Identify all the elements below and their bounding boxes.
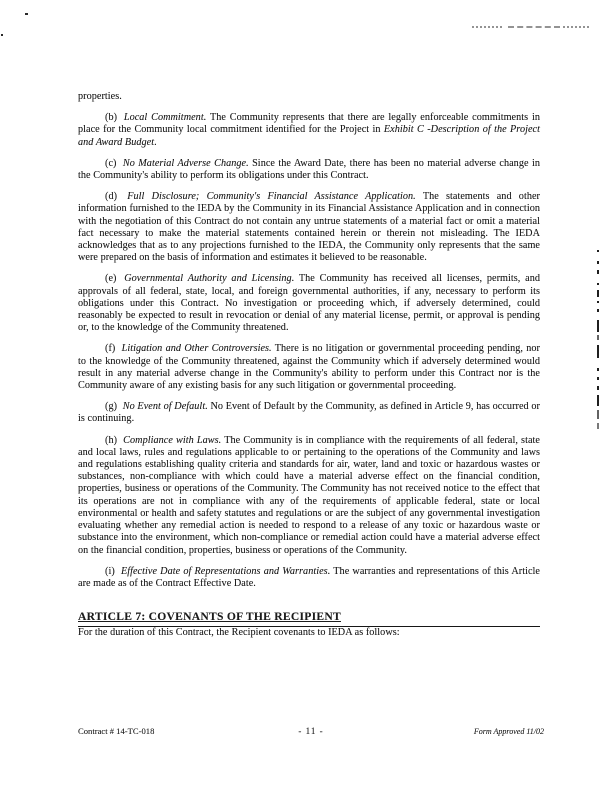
covenant-intro-line: For the duration of this Contract, the R… [78, 627, 540, 639]
scan-edge-mark [597, 309, 599, 312]
clause-label: (g) [105, 401, 117, 412]
clause-title: Governmental Authority and Licensing. [124, 273, 294, 284]
scan-edge-mark [597, 395, 599, 406]
footer-contract-number: Contract # 14-TC-018 [78, 726, 233, 736]
clause-h-compliance-with-laws: (h) Compliance with Laws. The Community … [78, 435, 540, 557]
clause-label: (d) [105, 191, 117, 202]
scan-edge-mark [597, 261, 599, 264]
scanned-contract-page: properties. (b) Local Commitment. The Co… [0, 0, 614, 800]
clause-d-full-disclosure: (d) Full Disclosure; Community's Financi… [78, 191, 540, 264]
clause-label: (b) [105, 112, 117, 123]
fax-header-artifact [472, 26, 502, 28]
scan-edge-mark [597, 290, 599, 297]
scan-edge-mark [597, 386, 599, 390]
article-7-heading: ARTICLE 7: COVENANTS OF THE RECIPIENT [78, 610, 341, 623]
scan-speck [1, 34, 3, 36]
clause-label: (f) [105, 343, 115, 354]
clause-text: The Community is in compliance with the … [78, 435, 540, 556]
article-7-heading-rule: ARTICLE 7: COVENANTS OF THE RECIPIENT [78, 611, 540, 627]
clause-i-effective-date: (i) Effective Date of Representations an… [78, 566, 540, 590]
scan-edge-mark [597, 368, 599, 371]
page-footer: Contract # 14-TC-018 - 11 - Form Approve… [78, 726, 544, 736]
document-body: properties. (b) Local Commitment. The Co… [78, 91, 540, 649]
fax-header-artifact [563, 26, 589, 28]
clause-title: Litigation and Other Controversies. [122, 343, 272, 354]
clause-title: Compliance with Laws. [123, 435, 221, 446]
clause-text-tail: . [154, 137, 157, 148]
clause-title: Full Disclosure; Community's Financial A… [127, 191, 416, 202]
scan-edge-mark [597, 301, 599, 303]
scan-edge-mark [597, 423, 599, 429]
clause-label: (h) [105, 435, 117, 446]
scan-edge-mark [597, 345, 599, 358]
scan-speck [25, 13, 28, 15]
clause-label: (e) [105, 273, 116, 284]
clause-title: Effective Date of Representations and Wa… [121, 566, 330, 577]
clause-b-local-commitment: (b) Local Commitment. The Community repr… [78, 112, 540, 149]
clause-f-litigation: (f) Litigation and Other Controversies. … [78, 343, 540, 392]
footer-page-number: - 11 - [233, 726, 388, 736]
scan-edge-mark [597, 410, 599, 419]
clause-g-no-event-of-default: (g) No Event of Default. No Event of Def… [78, 401, 540, 425]
scan-edge-mark [597, 335, 599, 340]
scan-edge-mark [597, 270, 599, 274]
clause-text: The statements and other information fur… [78, 191, 540, 263]
clause-title: No Material Adverse Change. [123, 158, 249, 169]
clause-title: No Event of Default. [123, 401, 208, 412]
clause-c-no-material-adverse-change: (c) No Material Adverse Change. Since th… [78, 158, 540, 182]
clause-e-governmental-authority: (e) Governmental Authority and Licensing… [78, 273, 540, 334]
scan-edge-mark [597, 283, 599, 285]
fax-header-artifact [508, 26, 560, 28]
clause-label: (c) [105, 158, 116, 169]
footer-form-approved: Form Approved 11/02 [389, 727, 544, 736]
clause-label: (i) [105, 566, 115, 577]
continuation-line: properties. [78, 91, 540, 103]
clause-title: Local Commitment. [124, 112, 206, 123]
scan-edge-mark [597, 320, 599, 332]
scan-edge-mark [597, 377, 599, 380]
scan-edge-mark [597, 250, 599, 252]
